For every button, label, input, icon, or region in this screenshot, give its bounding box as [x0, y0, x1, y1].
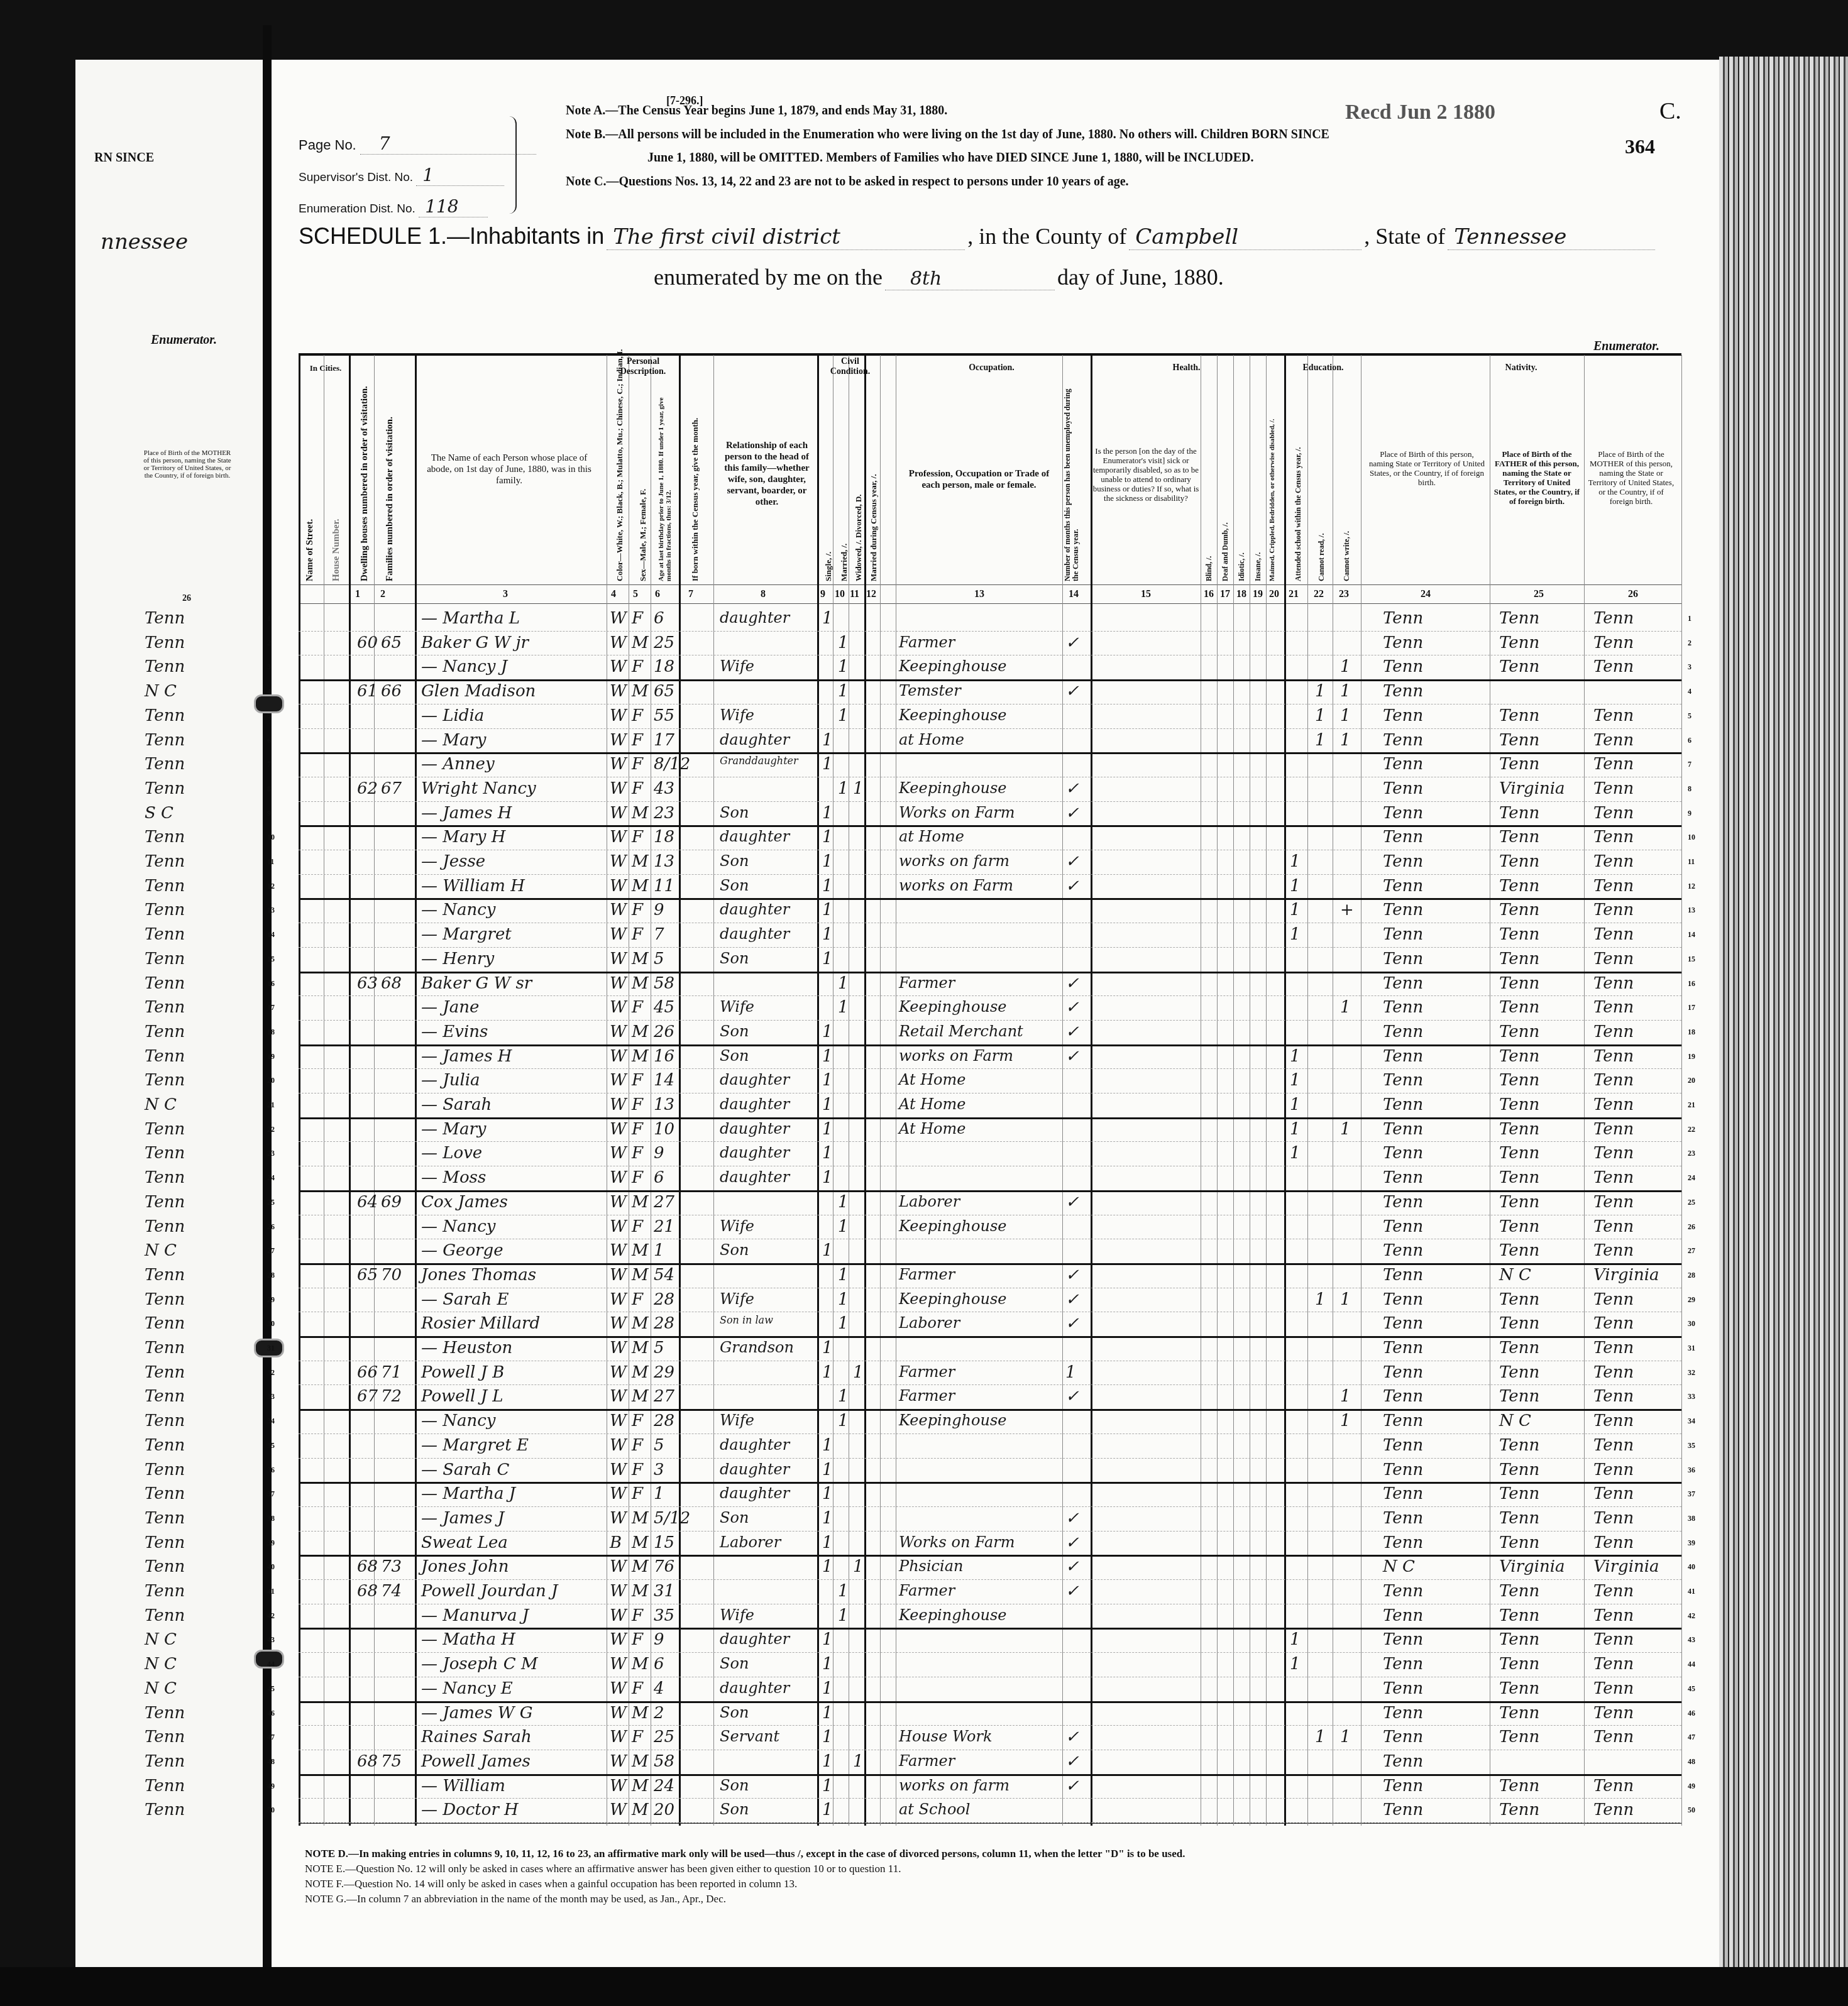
line-number: 34 [1688, 1417, 1695, 1426]
sex: F [632, 731, 643, 750]
line-number: 50 [267, 1806, 275, 1815]
occupation: Keepinghouse [899, 1290, 1006, 1308]
single-mark: 1 [822, 1509, 833, 1528]
line-number: 5 [267, 711, 271, 721]
column-number: 26 [1628, 589, 1638, 600]
color: W [610, 925, 627, 944]
birthplace: Tenn [1383, 1339, 1423, 1357]
widowed-mark: 1 [853, 1557, 864, 1576]
sex: F [632, 1120, 643, 1139]
occupation: Keepinghouse [899, 1217, 1006, 1235]
father-birthplace: Virginia [1499, 779, 1565, 798]
header-col7: If born within the Census year, give the… [690, 418, 700, 581]
birthplace: Tenn [1383, 974, 1423, 993]
header-col21: Attended school within the Census year, … [1294, 447, 1303, 581]
father-birthplace: Tenn [1499, 1606, 1539, 1625]
table-row: — JuliaWF14daughter1At Home1TennTennTenn… [0, 1068, 1848, 1093]
dwelling-number: 63 [357, 974, 378, 993]
line-number: 26 [267, 1222, 275, 1232]
occupation: Keepinghouse [899, 998, 1006, 1016]
married-mark: 1 [838, 1606, 849, 1625]
occupation: Keepinghouse [899, 1606, 1006, 1624]
age: 58 [654, 1752, 674, 1771]
person-name: Sweat Lea [421, 1533, 508, 1552]
table-row: — SarahWF13daughter1At Home1TennTennTenn… [0, 1093, 1848, 1117]
single-mark: 1 [822, 1047, 833, 1066]
sex: F [632, 828, 643, 847]
person-name: Rosier Millard [421, 1314, 540, 1333]
supervisor-value: 1 [416, 165, 504, 186]
birthplace: Tenn [1383, 1800, 1423, 1819]
unemployed-months: ✓ [1065, 1777, 1079, 1795]
family-number: 70 [381, 1266, 402, 1285]
age: 55 [654, 706, 674, 725]
relationship: daughter [720, 1120, 789, 1137]
table-row: — Margret EWF5daughter1TennTennTenn3535 [0, 1433, 1848, 1458]
birthplace: Tenn [1383, 1752, 1423, 1771]
color: W [610, 804, 627, 823]
single-mark: 1 [822, 1777, 833, 1795]
line-number: 16 [267, 979, 275, 989]
relationship: Wife [720, 1217, 754, 1235]
age: 15 [654, 1533, 674, 1552]
relationship: Son [720, 852, 749, 870]
color: W [610, 828, 627, 847]
occupation: Farmer [899, 1266, 955, 1283]
table-row: 6267Wright NancyWF4311Keepinghouse✓TennV… [0, 777, 1848, 801]
mother-birthplace: Tenn [1593, 1339, 1634, 1357]
sex: M [632, 1339, 649, 1357]
mother-birthplace: Tenn [1593, 1363, 1634, 1382]
father-birthplace: Tenn [1499, 1290, 1539, 1309]
line-number: 33 [1688, 1392, 1695, 1401]
enumeration-label: Enumeration Dist. No. [299, 202, 415, 216]
single-mark: 1 [822, 1241, 833, 1260]
table-row: 6772Powell J LWM271Farmer✓1TennTennTenn3… [0, 1384, 1848, 1409]
family-number: 69 [381, 1193, 402, 1212]
person-name: Powell Jourdan J [421, 1582, 558, 1601]
enumerated-prefix: enumerated by me on the [654, 265, 883, 290]
sex: M [632, 1314, 649, 1333]
father-birthplace: Tenn [1499, 1095, 1539, 1114]
married-mark: 1 [838, 657, 849, 676]
married-mark: 1 [838, 779, 849, 798]
unemployed-months: ✓ [1065, 1582, 1079, 1601]
column-number: 9 [820, 589, 825, 600]
unemployed-months: ✓ [1065, 1728, 1079, 1746]
sex: F [632, 1411, 643, 1430]
color: W [610, 1095, 627, 1114]
age: 13 [654, 852, 674, 871]
person-name: — Julia [421, 1071, 480, 1090]
father-birthplace: Tenn [1499, 1509, 1539, 1528]
line-number: 7 [1688, 760, 1691, 769]
line-number: 38 [1688, 1514, 1695, 1523]
note-e: NOTE E.—Question No. 12 will only be ask… [305, 1863, 901, 1875]
mother-birthplace: Tenn [1593, 950, 1634, 968]
column-number: 12 [866, 589, 876, 600]
age: 35 [654, 1606, 674, 1625]
birthplace: Tenn [1383, 1071, 1423, 1090]
column-number: 8 [761, 589, 766, 600]
table-row: — Sarah CWF3daughter1TennTennTenn3636 [0, 1458, 1848, 1483]
line-number: 40 [1688, 1562, 1695, 1572]
color: W [610, 1509, 627, 1528]
table-row: — MaryWF17daughter1at Home11TennTennTenn… [0, 728, 1848, 753]
occupation: Works on Farm [899, 1533, 1015, 1551]
mother-birthplace: Tenn [1593, 755, 1634, 774]
line-number: 45 [267, 1684, 275, 1694]
father-birthplace: Tenn [1499, 1777, 1539, 1795]
table-row: — EvinsWM26Son1Retail Merchant✓TennTennT… [0, 1020, 1848, 1044]
birthplace: Tenn [1383, 998, 1423, 1017]
relationship: daughter [720, 1461, 789, 1478]
sex: M [632, 1704, 649, 1723]
birthplace: Tenn [1383, 1655, 1423, 1674]
unemployed-months: ✓ [1065, 974, 1079, 993]
birthplace: Tenn [1383, 731, 1423, 750]
mother-birthplace: Tenn [1593, 1168, 1634, 1187]
table-row: — Nancy JWF18Wife1Keepinghouse1TennTennT… [0, 655, 1848, 679]
line-number: 42 [1688, 1611, 1695, 1621]
color: W [610, 998, 627, 1017]
age: 5 [654, 950, 664, 968]
person-name: — Sarah C [421, 1461, 509, 1479]
header-col9: Single, /. [823, 552, 833, 581]
age: 45 [654, 998, 674, 1017]
relationship: daughter [720, 1630, 789, 1648]
line-number: 43 [267, 1635, 275, 1645]
single-mark: 1 [822, 1484, 833, 1503]
occupation: Laborer [899, 1193, 960, 1210]
sex: F [632, 779, 643, 798]
line-number: 50 [1688, 1806, 1695, 1815]
sex: F [632, 1095, 643, 1114]
mother-birthplace: Tenn [1593, 804, 1634, 823]
mother-birthplace: Tenn [1593, 1290, 1634, 1309]
occupation: Retail Merchant [899, 1022, 1023, 1040]
mother-birthplace: Tenn [1593, 1728, 1634, 1746]
age: 11 [654, 877, 674, 896]
sex: M [632, 1655, 649, 1674]
father-birthplace: Tenn [1499, 706, 1539, 725]
person-name: — Mary [421, 731, 487, 750]
single-mark: 1 [822, 1461, 833, 1479]
father-birthplace: Tenn [1499, 1533, 1539, 1552]
line-number: 19 [267, 1052, 275, 1061]
color: W [610, 1241, 627, 1260]
table-row: — NancyWF21Wife1KeepinghouseTennTennTenn… [0, 1215, 1848, 1239]
line-number: 17 [267, 1003, 275, 1012]
father-birthplace: Tenn [1499, 755, 1539, 774]
table-row: — Matha HWF9daughter11TennTennTenn4343 [0, 1628, 1848, 1652]
color: W [610, 1290, 627, 1309]
dwelling-number: 60 [357, 633, 378, 652]
line-number: 35 [1688, 1441, 1695, 1450]
enumerated-suffix: day of June, 1880. [1057, 265, 1224, 290]
color: W [610, 950, 627, 968]
cannot-read-mark: 1 [1315, 682, 1326, 701]
color: B [610, 1533, 622, 1552]
sex: M [632, 1266, 649, 1285]
single-mark: 1 [822, 1120, 833, 1139]
column-number: 15 [1141, 589, 1151, 600]
person-name: — James J [421, 1509, 504, 1528]
unemployed-months: ✓ [1065, 1314, 1079, 1333]
age: 6 [654, 1168, 664, 1187]
occupation: Phsician [899, 1557, 963, 1575]
relationship: Wife [720, 1606, 754, 1624]
sex: F [632, 901, 643, 919]
person-name: — Nancy [421, 901, 496, 919]
sex: F [632, 755, 643, 774]
single-mark: 1 [822, 1144, 833, 1163]
occupation: Keepinghouse [899, 1411, 1006, 1429]
person-name: — Heuston [421, 1339, 512, 1357]
relationship: Wife [720, 1411, 754, 1429]
table-row: — MaryWF10daughter1At Home11TennTennTenn… [0, 1117, 1848, 1142]
attended-school-mark: 1 [1290, 1655, 1301, 1674]
table-row: — NancyWF28Wife1Keepinghouse1TennN CTenn… [0, 1409, 1848, 1433]
occupation: At Home [899, 1095, 966, 1113]
sheet-number: 364 [1625, 135, 1655, 158]
county-label: , in the County of [967, 224, 1126, 249]
birthplace: Tenn [1383, 1217, 1423, 1236]
unemployed-months: ✓ [1065, 1022, 1079, 1041]
line-number: 43 [1688, 1635, 1695, 1645]
unemployed-months: ✓ [1065, 1533, 1079, 1552]
sex: M [632, 1193, 649, 1212]
birthplace: Tenn [1383, 633, 1423, 652]
father-birthplace: Tenn [1499, 1387, 1539, 1406]
header-col11: Widowed, /. Divorced, D. [854, 494, 864, 581]
table-row: — GeorgeWM1Son1TennTennTenn2727 [0, 1239, 1848, 1263]
color: W [610, 755, 627, 774]
family-number: 74 [381, 1582, 402, 1601]
single-mark: 1 [822, 925, 833, 944]
birthplace: Tenn [1383, 1461, 1423, 1479]
line-number: 34 [267, 1417, 275, 1426]
relationship: Son [720, 1777, 749, 1794]
sex: M [632, 1777, 649, 1795]
line-number: 23 [267, 1149, 275, 1158]
color: W [610, 1387, 627, 1406]
attended-school-mark: 1 [1290, 925, 1301, 944]
note-d: NOTE D.—In making entries in columns 9, … [305, 1848, 1185, 1860]
line-number: 28 [267, 1271, 275, 1280]
occupation: at Home [899, 731, 964, 748]
person-name: — Anney [421, 755, 495, 774]
color: W [610, 1411, 627, 1430]
line-number: 15 [267, 955, 275, 964]
age: 9 [654, 1144, 664, 1163]
occupation: works on Farm [899, 1047, 1013, 1065]
occupation: works on farm [899, 1777, 1009, 1794]
unemployed-months: ✓ [1065, 1509, 1079, 1528]
birthplace: Tenn [1383, 1363, 1423, 1382]
relationship: Wife [720, 998, 754, 1016]
father-birthplace: Tenn [1499, 925, 1539, 944]
sex: F [632, 1436, 643, 1455]
father-birthplace: N C [1499, 1266, 1531, 1285]
person-name: — Joseph C M [421, 1655, 538, 1674]
person-name: — Henry [421, 950, 494, 968]
color: W [610, 877, 627, 896]
color: W [610, 1484, 627, 1503]
occupation: works on Farm [899, 877, 1013, 894]
father-birthplace: Tenn [1499, 1728, 1539, 1746]
relationship: daughter [720, 1071, 789, 1088]
note-a: Note A.—The Census Year begins June 1, 1… [566, 104, 947, 118]
cannot-write-mark: + [1340, 901, 1354, 919]
age: 16 [654, 1047, 674, 1066]
birthplace: Tenn [1383, 1168, 1423, 1187]
father-birthplace: Tenn [1499, 974, 1539, 993]
line-number: 44 [1688, 1660, 1695, 1669]
cannot-write-mark: 1 [1340, 731, 1351, 750]
header-education: Education. [1285, 363, 1361, 373]
table-row: — Martha JWF1daughter1TennTennTenn3737 [0, 1482, 1848, 1506]
age: 10 [654, 1120, 674, 1139]
sex: M [632, 1557, 649, 1576]
age: 9 [654, 1630, 664, 1649]
father-birthplace: Tenn [1499, 731, 1539, 750]
occupation: At Home [899, 1071, 966, 1088]
single-mark: 1 [822, 1533, 833, 1552]
mother-birthplace: Tenn [1593, 1777, 1634, 1795]
row-rule [299, 1822, 1681, 1823]
sex: F [632, 657, 643, 676]
father-birthplace: Tenn [1499, 1120, 1539, 1139]
sex: M [632, 1363, 649, 1382]
table-row: — JaneWF45Wife1Keepinghouse✓1TennTennTen… [0, 995, 1848, 1020]
single-mark: 1 [822, 901, 833, 919]
father-birthplace: Tenn [1499, 1071, 1539, 1090]
birthplace: Tenn [1383, 1630, 1423, 1649]
person-name: — Jane [421, 998, 479, 1017]
father-birthplace: Virginia [1499, 1557, 1565, 1576]
sex: F [632, 1728, 643, 1746]
sex: F [632, 706, 643, 725]
married-mark: 1 [838, 633, 849, 652]
left-state-fragment: nnessee [101, 229, 188, 255]
relationship: Granddaughter [720, 755, 798, 767]
age: 28 [654, 1411, 674, 1430]
header-street: Name of Street. [305, 519, 316, 581]
header-col5: Sex—Male, M.; Female, F. [638, 489, 648, 581]
unemployed-months: ✓ [1065, 998, 1079, 1017]
line-number: 20 [267, 1076, 275, 1085]
line-number: 16 [1688, 979, 1695, 989]
header-nativity: Nativity. [1364, 363, 1678, 373]
family-number: 66 [381, 682, 402, 701]
relationship: daughter [720, 1436, 789, 1454]
person-name: — George [421, 1241, 503, 1260]
line-number: 14 [1688, 930, 1695, 940]
dwelling-number: 68 [357, 1582, 378, 1601]
relationship: Laborer [720, 1533, 781, 1551]
birthplace: Tenn [1383, 852, 1423, 871]
relationship: Son [720, 1800, 749, 1818]
column-number: 2 [380, 589, 385, 600]
person-name: — Matha H [421, 1630, 515, 1649]
sex: F [632, 1071, 643, 1090]
line-number: 38 [267, 1514, 275, 1523]
mother-birthplace: Tenn [1593, 1461, 1634, 1479]
age: 27 [654, 1387, 674, 1406]
sex: F [632, 1630, 643, 1649]
father-birthplace: Tenn [1499, 1193, 1539, 1212]
mother-birthplace: Tenn [1593, 1630, 1634, 1649]
person-name: — James H [421, 1047, 512, 1066]
single-mark: 1 [822, 828, 833, 847]
birthplace: Tenn [1383, 1606, 1423, 1625]
unemployed-months: ✓ [1065, 1266, 1079, 1285]
birthplace: Tenn [1383, 1728, 1423, 1746]
relationship: Son [720, 1655, 749, 1672]
person-name: Cox James [421, 1193, 508, 1212]
relationship: Son in law [720, 1314, 773, 1326]
age: 76 [654, 1557, 674, 1576]
table-row: — HenryWM5Son1TennTennTenn1515 [0, 947, 1848, 972]
sex: M [632, 1387, 649, 1406]
attended-school-mark: 1 [1290, 1630, 1301, 1649]
birthplace: Tenn [1383, 950, 1423, 968]
dwelling-number: 67 [357, 1387, 378, 1406]
unemployed-months: ✓ [1065, 633, 1079, 652]
relationship: Son [720, 1509, 749, 1526]
mother-birthplace: Tenn [1593, 706, 1634, 725]
father-birthplace: Tenn [1499, 901, 1539, 919]
table-row: 6469Cox JamesWM271Laborer✓TennTennTenn25… [0, 1190, 1848, 1215]
person-name: — Manurva J [421, 1606, 529, 1625]
header-col4: Color—White, W.; Black, B.; Mulatto, Mu.… [615, 349, 625, 581]
header-col15: Is the person [on the day of the Enumera… [1092, 446, 1199, 503]
corner-letter: C. [1659, 97, 1681, 125]
enumerated-day: 8th [885, 268, 1055, 290]
line-number: 36 [1688, 1466, 1695, 1475]
person-name: Jones John [421, 1557, 509, 1576]
married-mark: 1 [838, 1266, 849, 1285]
relationship: daughter [720, 901, 789, 918]
sex: M [632, 682, 649, 701]
column-number: 24 [1421, 589, 1431, 600]
occupation: at School [899, 1800, 971, 1818]
column-number: 5 [633, 589, 638, 600]
cannot-write-mark: 1 [1340, 1728, 1351, 1746]
table-row: — James HWM23Son1Works on Farm✓TennTennT… [0, 801, 1848, 826]
table-row: — NancyWF9daughter11+TennTennTenn1313 [0, 898, 1848, 923]
table-row: 6166Glen MadisonWM651Temster✓11Tenn44 [0, 679, 1848, 704]
family-number: 71 [381, 1363, 402, 1382]
single-mark: 1 [822, 731, 833, 750]
color: W [610, 1728, 627, 1746]
column-number: 4 [611, 589, 616, 600]
father-birthplace: Tenn [1499, 828, 1539, 847]
age: 28 [654, 1290, 674, 1309]
table-row: — AnneyWF8/12Granddaughter1TennTennTenn7… [0, 752, 1848, 777]
table-top-rule [299, 353, 1681, 356]
person-name: — Sarah E [421, 1290, 509, 1309]
birthplace: N C [1383, 1557, 1415, 1576]
mother-birthplace: Tenn [1593, 1193, 1634, 1212]
age: 1 [654, 1484, 664, 1503]
line-number: 47 [267, 1733, 275, 1742]
age: 31 [654, 1582, 674, 1601]
schedule-title: SCHEDULE 1.—Inhabitants in The first civ… [299, 223, 1655, 250]
mother-birthplace: Tenn [1593, 1509, 1634, 1528]
sex: F [632, 1144, 643, 1163]
